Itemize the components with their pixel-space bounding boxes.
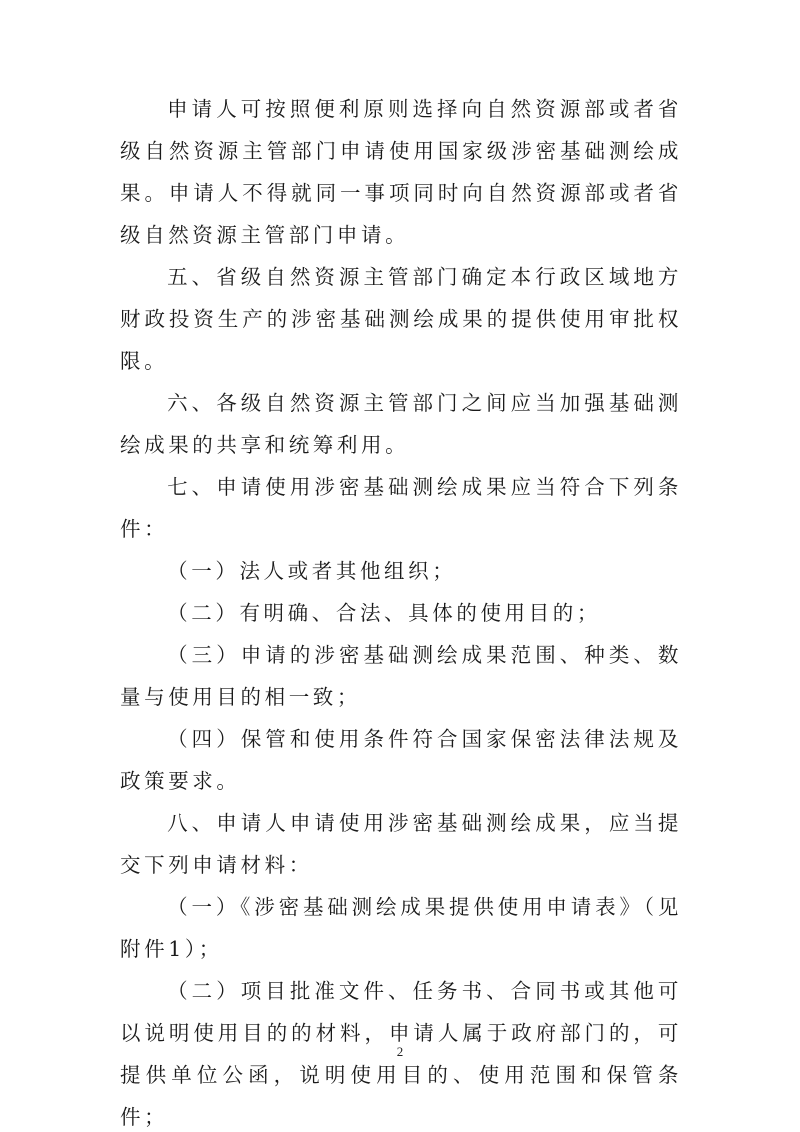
paragraph-item-7: 七、申请使用涉密基础测绘成果应当符合下列条件： (120, 466, 682, 550)
paragraph-item-5: 五、省级自然资源主管部门确定本行政区域地方财政投资生产的涉密基础测绘成果的提供使… (120, 256, 682, 382)
paragraph-condition-4: （四）保管和使用条件符合国家保密法律法规及政策要求。 (120, 718, 682, 802)
paragraph-application-choice: 申请人可按照便利原则选择向自然资源部或者省级自然资源主管部门申请使用国家级涉密基… (120, 88, 682, 256)
paragraph-condition-3: （三）申请的涉密基础测绘成果范围、种类、数量与使用目的相一致； (120, 634, 682, 718)
document-body: 申请人可按照便利原则选择向自然资源部或者省级自然资源主管部门申请使用国家级涉密基… (120, 88, 682, 1132)
paragraph-condition-2: （二）有明确、合法、具体的使用目的； (120, 592, 682, 634)
page-number: 2 (0, 1044, 800, 1060)
paragraph-item-6: 六、各级自然资源主管部门之间应当加强基础测绘成果的共享和统筹利用。 (120, 382, 682, 466)
paragraph-item-8: 八、申请人申请使用涉密基础测绘成果，应当提交下列申请材料： (120, 802, 682, 886)
paragraph-condition-1: （一）法人或者其他组织； (120, 550, 682, 592)
paragraph-material-1: （一）《涉密基础测绘成果提供使用申请表》（见附件1）； (120, 886, 682, 970)
document-page: 申请人可按照便利原则选择向自然资源部或者省级自然资源主管部门申请使用国家级涉密基… (0, 0, 800, 1132)
